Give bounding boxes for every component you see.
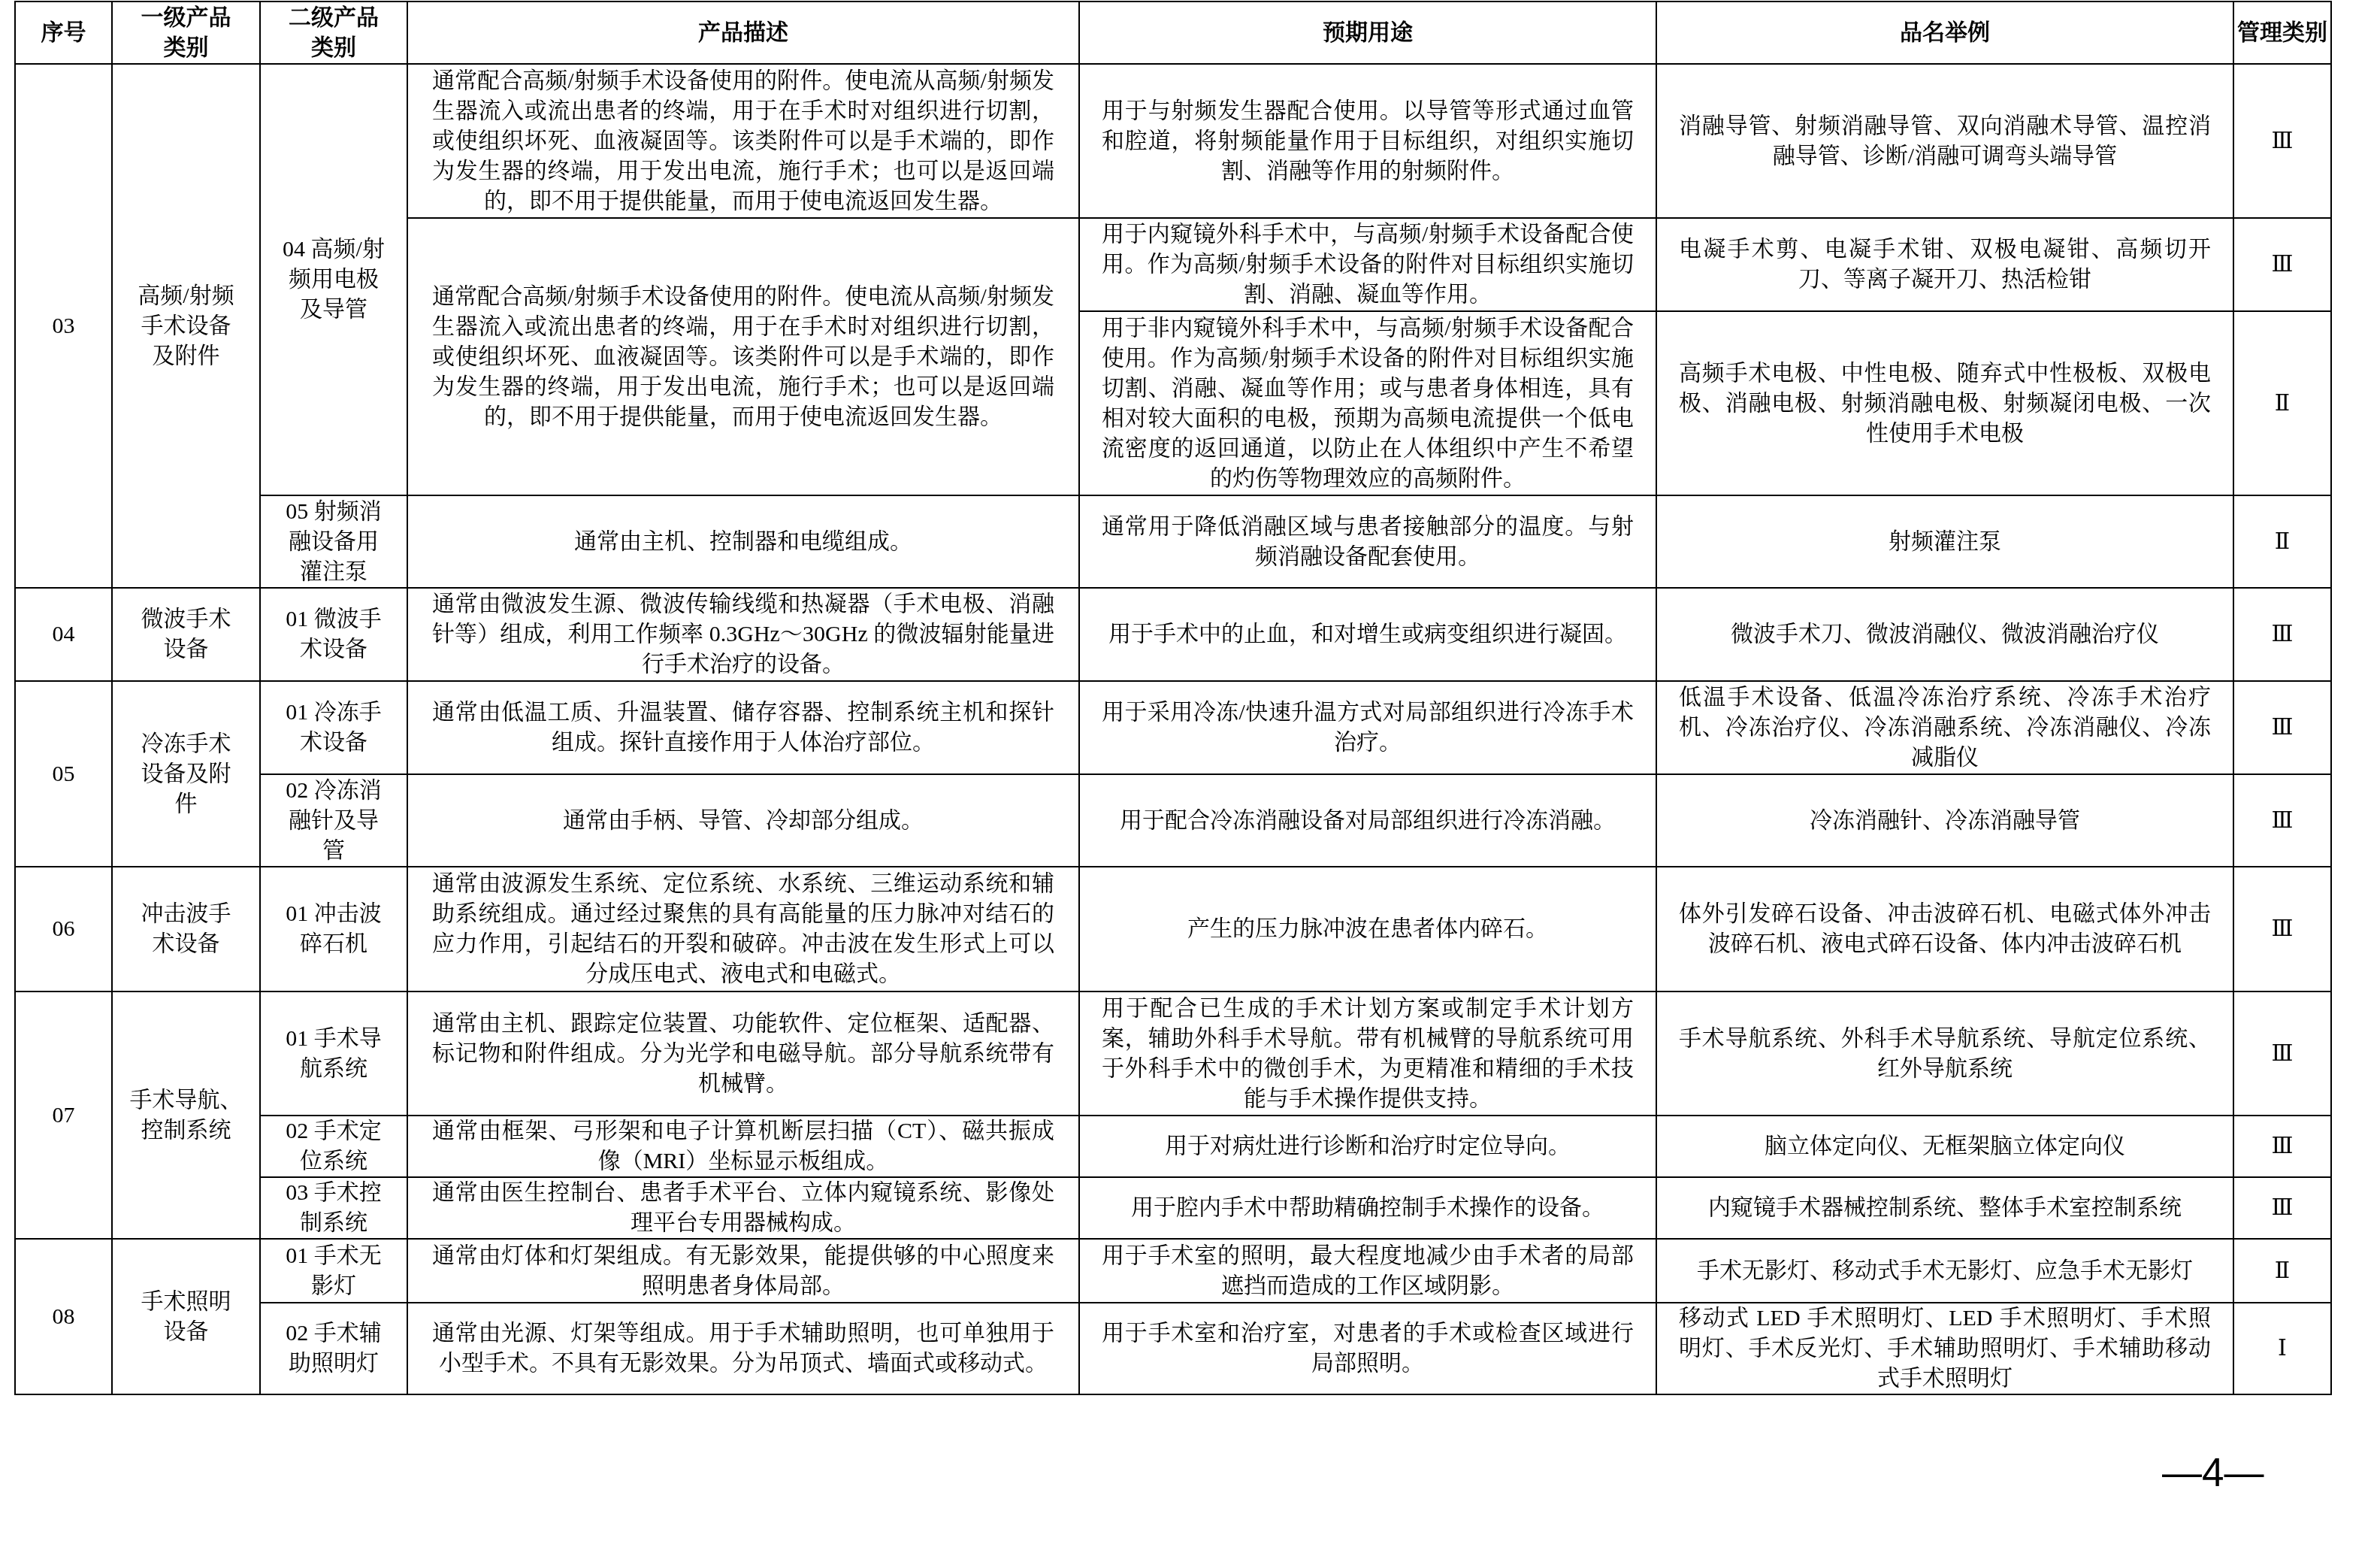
description-cell: 通常配合高频/射频手术设备使用的附件。使电流从高频/射频发生器流入或流出患者的终… bbox=[408, 65, 1080, 219]
level2-cell: 02 冷冻消融针及导管 bbox=[261, 775, 408, 867]
mgmt-class-cell: Ⅲ bbox=[2234, 1116, 2332, 1178]
intended-use-cell: 通常用于降低消融区域与患者接触部分的温度。与射频消融设备配套使用。 bbox=[1080, 496, 1657, 589]
header-description-label: 产品描述 bbox=[432, 18, 1054, 48]
mgmt-class-text: Ⅲ bbox=[2237, 713, 2327, 743]
description-text: 通常由灯体和灯架组成。有无影效果，能提供够的中心照度来照明患者身体局部。 bbox=[432, 1241, 1054, 1301]
description-text: 通常由微波发生源、微波传输线缆和热凝器（手术电极、消融针等）组成，利用工作频率 … bbox=[432, 589, 1054, 680]
intended-use-text: 产生的压力脉冲波在患者体内碎石。 bbox=[1102, 914, 1634, 944]
intended-use-text: 用于手术室和治疗室，对患者的手术或检查区域进行局部照明。 bbox=[1102, 1318, 1634, 1379]
examples-text: 体外引发碎石设备、冲击波碎石机、电磁式体外冲击波碎石机、液电式碎石设备、体内冲击… bbox=[1679, 899, 2211, 959]
header-level1-label: 一级产品类别 bbox=[132, 3, 240, 63]
description-cell: 通常由框架、弓形架和电子计算机断层扫描（CT）、磁共振成像（MRI）坐标显示板组… bbox=[408, 1116, 1080, 1178]
intended-use-cell: 用于手术中的止血，和对增生或病变组织进行凝固。 bbox=[1080, 589, 1657, 682]
examples-text: 消融导管、射频消融导管、双向消融术导管、温控消融导管、诊断/消融可调弯头端导管 bbox=[1679, 111, 2211, 171]
seq-cell: 05 bbox=[16, 682, 113, 867]
level2-text: 02 手术辅助照明灯 bbox=[280, 1318, 387, 1379]
intended-use-cell: 用于腔内手术中帮助精确控制手术操作的设备。 bbox=[1080, 1178, 1657, 1240]
examples-text: 冷冻消融针、冷冻消融导管 bbox=[1679, 806, 2211, 836]
description-text: 通常由医生控制台、患者手术平台、立体内窥镜系统、影像处理平台专用器械构成。 bbox=[432, 1178, 1054, 1238]
header-level1: 一级产品类别 bbox=[113, 2, 261, 65]
level2-cell: 04 高频/射频用电极及导管 bbox=[261, 65, 408, 496]
intended-use-cell: 用于配合冷冻消融设备对局部组织进行冷冻消融。 bbox=[1080, 775, 1657, 867]
level1-cell: 手术导航、控制系统 bbox=[113, 992, 261, 1240]
level2-text: 01 冲击波碎石机 bbox=[280, 899, 387, 959]
seq-cell: 07 bbox=[16, 992, 113, 1240]
mgmt-class-cell: Ⅲ bbox=[2234, 682, 2332, 775]
intended-use-text: 用于配合冷冻消融设备对局部组织进行冷冻消融。 bbox=[1102, 806, 1634, 836]
description-text: 通常配合高频/射频手术设备使用的附件。使电流从高频/射频发生器流入或流出患者的终… bbox=[432, 66, 1054, 216]
level2-text: 02 手术定位系统 bbox=[280, 1116, 387, 1176]
examples-cell: 低温手术设备、低温冷冻治疗系统、冷冻手术治疗机、冷冻治疗仪、冷冻消融系统、冷冻消… bbox=[1657, 682, 2234, 775]
header-intended-use: 预期用途 bbox=[1080, 2, 1657, 65]
examples-text: 高频手术电极、中性电极、随弃式中性极板、双极电极、消融电极、射频消融电极、射频凝… bbox=[1679, 359, 2211, 449]
level2-cell: 01 手术无影灯 bbox=[261, 1240, 408, 1303]
intended-use-text: 用于非内窥镜外科手术中，与高频/射频手术设备配合使用。作为高频/射频手术设备的附… bbox=[1102, 313, 1634, 494]
description-cell: 通常由灯体和灯架组成。有无影效果，能提供够的中心照度来照明患者身体局部。 bbox=[408, 1240, 1080, 1303]
description-cell: 通常由主机、跟踪定位装置、功能软件、定位框架、适配器、标记物和附件组成。分为光学… bbox=[408, 992, 1080, 1116]
examples-cell: 微波手术刀、微波消融仪、微波消融治疗仪 bbox=[1657, 589, 2234, 682]
level2-cell: 02 手术定位系统 bbox=[261, 1116, 408, 1178]
examples-text: 脑立体定向仪、无框架脑立体定向仪 bbox=[1679, 1131, 2211, 1161]
description-cell: 通常由医生控制台、患者手术平台、立体内窥镜系统、影像处理平台专用器械构成。 bbox=[408, 1178, 1080, 1240]
mgmt-class-text: Ⅲ bbox=[2237, 250, 2327, 280]
document-page: 序号 一级产品类别 二级产品类别 产品描述 预期用途 品名举例 管理类别 03 … bbox=[0, 0, 2380, 1544]
description-text: 通常由波源发生系统、定位系统、水系统、三维运动系统和辅助系统组成。通过经过聚焦的… bbox=[432, 869, 1054, 989]
mgmt-class-text: Ⅲ bbox=[2237, 806, 2327, 836]
description-text: 通常由主机、控制器和电缆组成。 bbox=[432, 527, 1054, 557]
level1-text: 手术照明设备 bbox=[132, 1287, 240, 1347]
description-text: 通常由光源、灯架等组成。用于手术辅助照明，也可单独用于小型手术。不具有无影效果。… bbox=[432, 1318, 1054, 1379]
description-text: 通常由低温工质、升温装置、储存容器、控制系统主机和探针组成。探针直接作用于人体治… bbox=[432, 698, 1054, 758]
mgmt-class-cell: Ⅱ bbox=[2234, 312, 2332, 496]
seq-text: 03 bbox=[19, 311, 108, 341]
description-text: 通常配合高频/射频手术设备使用的附件。使电流从高频/射频发生器流入或流出患者的终… bbox=[432, 282, 1054, 432]
intended-use-cell: 用于手术室的照明，最大程度地减少由手术者的局部遮挡而造成的工作区域阴影。 bbox=[1080, 1240, 1657, 1303]
header-level2: 二级产品类别 bbox=[261, 2, 408, 65]
intended-use-cell: 用于配合已生成的手术计划方案或制定手术计划方案，辅助外科手术导航。带有机械臂的导… bbox=[1080, 992, 1657, 1116]
intended-use-text: 用于采用冷冻/快速升温方式对局部组织进行冷冻手术治疗。 bbox=[1102, 698, 1634, 758]
level2-text: 01 冷冻手术设备 bbox=[280, 698, 387, 758]
intended-use-text: 用于腔内手术中帮助精确控制手术操作的设备。 bbox=[1102, 1193, 1634, 1223]
header-description: 产品描述 bbox=[408, 2, 1080, 65]
level2-cell: 05 射频消融设备用灌注泵 bbox=[261, 496, 408, 589]
examples-text: 低温手术设备、低温冷冻治疗系统、冷冻手术治疗机、冷冻治疗仪、冷冻消融系统、冷冻消… bbox=[1679, 683, 2211, 773]
header-examples: 品名举例 bbox=[1657, 2, 2234, 65]
intended-use-text: 用于手术中的止血，和对增生或病变组织进行凝固。 bbox=[1102, 619, 1634, 649]
intended-use-cell: 用于手术室和治疗室，对患者的手术或检查区域进行局部照明。 bbox=[1080, 1303, 1657, 1395]
intended-use-text: 用于手术室的照明，最大程度地减少由手术者的局部遮挡而造成的工作区域阴影。 bbox=[1102, 1241, 1634, 1301]
mgmt-class-text: Ⅱ bbox=[2237, 1256, 2327, 1286]
product-catalog-table: 序号 一级产品类别 二级产品类别 产品描述 预期用途 品名举例 管理类别 03 … bbox=[14, 1, 2332, 1395]
examples-text: 微波手术刀、微波消融仪、微波消融治疗仪 bbox=[1679, 619, 2211, 649]
seq-text: 06 bbox=[19, 914, 108, 944]
mgmt-class-cell: Ⅲ bbox=[2234, 867, 2332, 992]
mgmt-class-text: Ⅲ bbox=[2237, 1039, 2327, 1069]
level1-cell: 高频/射频手术设备及附件 bbox=[113, 65, 261, 589]
seq-text: 08 bbox=[19, 1302, 108, 1332]
header-seq: 序号 bbox=[16, 2, 113, 65]
header-mgmt-class-label: 管理类别 bbox=[2237, 18, 2327, 48]
header-examples-label: 品名举例 bbox=[1679, 18, 2211, 48]
mgmt-class-cell: Ⅱ bbox=[2234, 1240, 2332, 1303]
level2-cell: 01 微波手术设备 bbox=[261, 589, 408, 682]
description-text: 通常由框架、弓形架和电子计算机断层扫描（CT）、磁共振成像（MRI）坐标显示板组… bbox=[432, 1116, 1054, 1176]
mgmt-class-text: Ⅲ bbox=[2237, 1193, 2327, 1223]
mgmt-class-cell: Ⅲ bbox=[2234, 1178, 2332, 1240]
level1-cell: 冲击波手术设备 bbox=[113, 867, 261, 992]
description-cell: 通常由微波发生源、微波传输线缆和热凝器（手术电极、消融针等）组成，利用工作频率 … bbox=[408, 589, 1080, 682]
level1-cell: 手术照明设备 bbox=[113, 1240, 261, 1395]
examples-cell: 移动式 LED 手术照明灯、LED 手术照明灯、手术照明灯、手术反光灯、手术辅助… bbox=[1657, 1303, 2234, 1395]
mgmt-class-cell: Ⅲ bbox=[2234, 992, 2332, 1116]
level2-cell: 01 冷冻手术设备 bbox=[261, 682, 408, 775]
examples-text: 手术导航系统、外科手术导航系统、导航定位系统、红外导航系统 bbox=[1679, 1024, 2211, 1084]
description-cell: 通常由主机、控制器和电缆组成。 bbox=[408, 496, 1080, 589]
level2-text: 01 微波手术设备 bbox=[280, 604, 387, 665]
examples-text: 移动式 LED 手术照明灯、LED 手术照明灯、手术照明灯、手术反光灯、手术辅助… bbox=[1679, 1303, 2211, 1394]
examples-text: 电凝手术剪、电凝手术钳、双极电凝钳、高频切开刀、等离子凝开刀、热活检钳 bbox=[1679, 235, 2211, 295]
examples-cell: 高频手术电极、中性电极、随弃式中性极板、双极电极、消融电极、射频消融电极、射频凝… bbox=[1657, 312, 2234, 496]
description-cell: 通常由手柄、导管、冷却部分组成。 bbox=[408, 775, 1080, 867]
level2-text: 05 射频消融设备用灌注泵 bbox=[280, 497, 387, 587]
intended-use-text: 用于内窥镜外科手术中，与高频/射频手术设备配合使用。作为高频/射频手术设备的附件… bbox=[1102, 219, 1634, 310]
description-text: 通常由主机、跟踪定位装置、功能软件、定位框架、适配器、标记物和附件组成。分为光学… bbox=[432, 1009, 1054, 1099]
mgmt-class-text: Ⅲ bbox=[2237, 914, 2327, 944]
intended-use-cell: 用于对病灶进行诊断和治疗时定位导向。 bbox=[1080, 1116, 1657, 1178]
level2-text: 01 手术导航系统 bbox=[280, 1024, 387, 1084]
description-cell: 通常由波源发生系统、定位系统、水系统、三维运动系统和辅助系统组成。通过经过聚焦的… bbox=[408, 867, 1080, 992]
examples-text: 射频灌注泵 bbox=[1679, 527, 2211, 557]
page-number: —4— bbox=[2162, 1451, 2264, 1496]
intended-use-cell: 产生的压力脉冲波在患者体内碎石。 bbox=[1080, 867, 1657, 992]
description-cell: 通常配合高频/射频手术设备使用的附件。使电流从高频/射频发生器流入或流出患者的终… bbox=[408, 219, 1080, 496]
seq-cell: 08 bbox=[16, 1240, 113, 1395]
level2-cell: 01 冲击波碎石机 bbox=[261, 867, 408, 992]
level2-text: 03 手术控制系统 bbox=[280, 1178, 387, 1238]
level1-cell: 微波手术设备 bbox=[113, 589, 261, 682]
examples-cell: 射频灌注泵 bbox=[1657, 496, 2234, 589]
header-intended-use-label: 预期用途 bbox=[1102, 18, 1634, 48]
description-text: 通常由手柄、导管、冷却部分组成。 bbox=[432, 806, 1054, 836]
mgmt-class-text: Ⅲ bbox=[2237, 1131, 2327, 1161]
intended-use-cell: 用于采用冷冻/快速升温方式对局部组织进行冷冻手术治疗。 bbox=[1080, 682, 1657, 775]
examples-text: 内窥镜手术器械控制系统、整体手术室控制系统 bbox=[1679, 1193, 2211, 1223]
header-mgmt-class: 管理类别 bbox=[2234, 2, 2332, 65]
examples-text: 手术无影灯、移动式手术无影灯、应急手术无影灯 bbox=[1679, 1256, 2211, 1286]
examples-cell: 手术导航系统、外科手术导航系统、导航定位系统、红外导航系统 bbox=[1657, 992, 2234, 1116]
mgmt-class-text: Ⅱ bbox=[2237, 527, 2327, 557]
level1-text: 冲击波手术设备 bbox=[132, 899, 240, 959]
mgmt-class-text: Ⅲ bbox=[2237, 619, 2327, 649]
level1-text: 微波手术设备 bbox=[132, 604, 240, 665]
examples-cell: 电凝手术剪、电凝手术钳、双极电凝钳、高频切开刀、等离子凝开刀、热活检钳 bbox=[1657, 219, 2234, 312]
level1-text: 冷冻手术设备及附件 bbox=[132, 729, 240, 819]
mgmt-class-cell: Ⅰ bbox=[2234, 1303, 2332, 1395]
level2-cell: 02 手术辅助照明灯 bbox=[261, 1303, 408, 1395]
level2-text: 01 手术无影灯 bbox=[280, 1241, 387, 1301]
mgmt-class-text: Ⅱ bbox=[2237, 389, 2327, 419]
level2-cell: 01 手术导航系统 bbox=[261, 992, 408, 1116]
examples-cell: 脑立体定向仪、无框架脑立体定向仪 bbox=[1657, 1116, 2234, 1178]
intended-use-cell: 用于与射频发生器配合使用。以导管等形式通过血管和腔道，将射频能量作用于目标组织，… bbox=[1080, 65, 1657, 219]
level2-cell: 03 手术控制系统 bbox=[261, 1178, 408, 1240]
level1-cell: 冷冻手术设备及附件 bbox=[113, 682, 261, 867]
header-level2-label: 二级产品类别 bbox=[280, 3, 387, 63]
intended-use-cell: 用于非内窥镜外科手术中，与高频/射频手术设备配合使用。作为高频/射频手术设备的附… bbox=[1080, 312, 1657, 496]
examples-cell: 体外引发碎石设备、冲击波碎石机、电磁式体外冲击波碎石机、液电式碎石设备、体内冲击… bbox=[1657, 867, 2234, 992]
intended-use-text: 用于对病灶进行诊断和治疗时定位导向。 bbox=[1102, 1131, 1634, 1161]
level1-text: 手术导航、控制系统 bbox=[129, 1085, 243, 1146]
intended-use-text: 通常用于降低消融区域与患者接触部分的温度。与射频消融设备配套使用。 bbox=[1102, 512, 1634, 572]
mgmt-class-text: Ⅰ bbox=[2237, 1334, 2327, 1364]
mgmt-class-cell: Ⅲ bbox=[2234, 775, 2332, 867]
description-cell: 通常由低温工质、升温装置、储存容器、控制系统主机和探针组成。探针直接作用于人体治… bbox=[408, 682, 1080, 775]
examples-cell: 冷冻消融针、冷冻消融导管 bbox=[1657, 775, 2234, 867]
mgmt-class-cell: Ⅱ bbox=[2234, 496, 2332, 589]
level2-text: 02 冷冻消融针及导管 bbox=[280, 776, 387, 866]
seq-text: 07 bbox=[19, 1100, 108, 1131]
seq-cell: 04 bbox=[16, 589, 113, 682]
seq-cell: 06 bbox=[16, 867, 113, 992]
header-seq-label: 序号 bbox=[19, 18, 108, 48]
seq-cell: 03 bbox=[16, 65, 113, 589]
seq-text: 04 bbox=[19, 619, 108, 649]
level2-text: 04 高频/射频用电极及导管 bbox=[280, 235, 387, 325]
level1-text: 高频/射频手术设备及附件 bbox=[132, 281, 240, 371]
intended-use-text: 用于与射频发生器配合使用。以导管等形式通过血管和腔道，将射频能量作用于目标组织，… bbox=[1102, 96, 1634, 186]
mgmt-class-text: Ⅲ bbox=[2237, 126, 2327, 156]
intended-use-text: 用于配合已生成的手术计划方案或制定手术计划方案，辅助外科手术导航。带有机械臂的导… bbox=[1102, 994, 1634, 1114]
examples-cell: 消融导管、射频消融导管、双向消融术导管、温控消融导管、诊断/消融可调弯头端导管 bbox=[1657, 65, 2234, 219]
examples-cell: 手术无影灯、移动式手术无影灯、应急手术无影灯 bbox=[1657, 1240, 2234, 1303]
mgmt-class-cell: Ⅲ bbox=[2234, 219, 2332, 312]
seq-text: 05 bbox=[19, 759, 108, 789]
description-cell: 通常由光源、灯架等组成。用于手术辅助照明，也可单独用于小型手术。不具有无影效果。… bbox=[408, 1303, 1080, 1395]
mgmt-class-cell: Ⅲ bbox=[2234, 65, 2332, 219]
intended-use-cell: 用于内窥镜外科手术中，与高频/射频手术设备配合使用。作为高频/射频手术设备的附件… bbox=[1080, 219, 1657, 312]
mgmt-class-cell: Ⅲ bbox=[2234, 589, 2332, 682]
examples-cell: 内窥镜手术器械控制系统、整体手术室控制系统 bbox=[1657, 1178, 2234, 1240]
